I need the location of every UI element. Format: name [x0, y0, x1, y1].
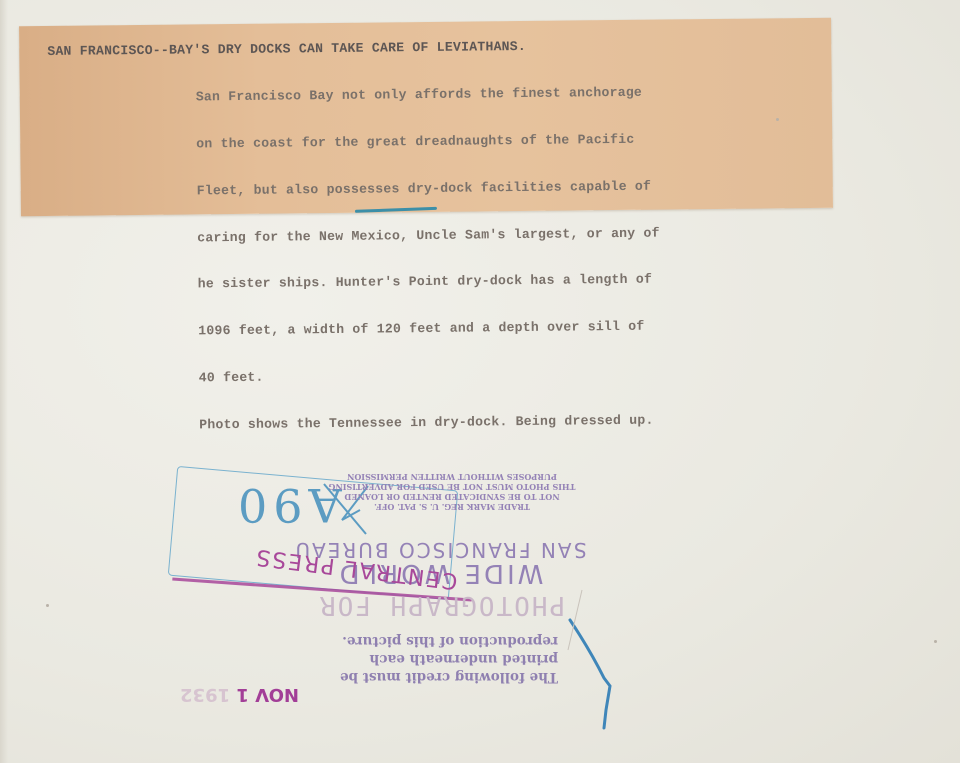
- blue-pencil-stroke: [560, 560, 630, 730]
- photo-back-paper: SAN FRANCISCO--BAY'S DRY DOCKS CAN TAKE …: [0, 0, 960, 763]
- paper-speck: [46, 604, 49, 607]
- paper-speck: [776, 118, 779, 121]
- stamp-notice-line: NOT TO BE SYNDICATED RENTED OR LOANED: [302, 492, 602, 502]
- credits-line: The following credit must be: [318, 668, 558, 686]
- stamp-notice-line: PURPOSES WITHOUT WRITTEN PERMISSION: [302, 472, 602, 482]
- date-year: 1932: [180, 684, 230, 705]
- date-month: NOV: [255, 684, 299, 705]
- date-day: 1: [236, 684, 249, 705]
- wide-world-stamp: TRADE MARK REG. U. S. PAT. OFF. NOT TO B…: [302, 472, 602, 512]
- date-stamp: NOV 1 1932: [180, 684, 299, 705]
- paper-speck: [934, 640, 937, 643]
- credits-notice-stamp: The following credit must be printed und…: [318, 632, 558, 686]
- stamp-notice-line: TRADE MARK REG. U. S. PAT. OFF.: [302, 502, 602, 512]
- stamp-area: A90 TRADE MARK REG. U. S. PAT. OFF. NOT …: [0, 0, 960, 763]
- stamp-notice-line: THIS PHOTO MUST NOT BE USED FOR ADVERTIS…: [302, 482, 602, 492]
- photo-code-stamp: PHOTOGRAPH FOR: [318, 590, 565, 620]
- credits-line: reproduction of this picture.: [318, 632, 558, 650]
- credits-line: printed underneath each: [318, 650, 558, 668]
